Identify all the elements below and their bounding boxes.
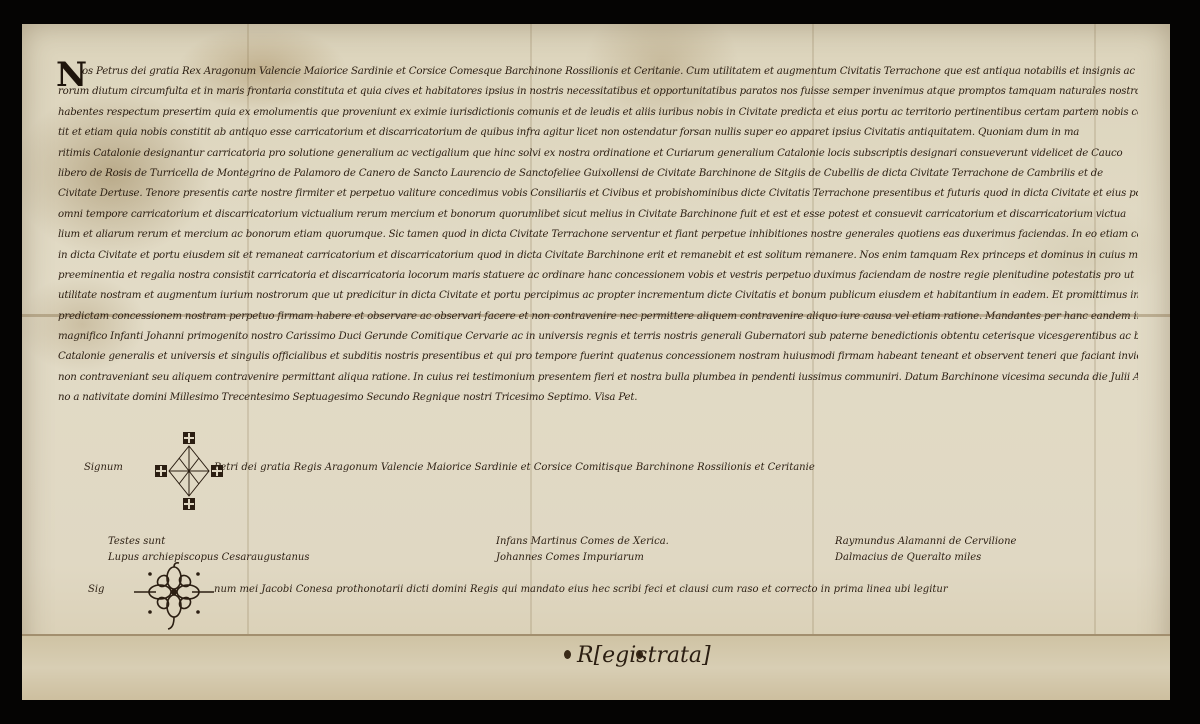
text-line: utilitate nostram et augmentum iurium no… [58,286,1138,306]
witness-name: Infans Martinus Comes de Xerica. [496,534,669,550]
notary-sign-icon [134,562,214,632]
registration-mark: R[egistrata] [577,643,711,668]
text-line: magnifico Infanti Johanni primogenito no… [58,327,1138,347]
text-line: non contraveniant seu aliquem contraveni… [58,368,1138,388]
witness-heading: Testes sunt [108,534,309,550]
text-line: rorum diutum circumfulta et in maris fro… [58,82,1138,102]
text-line: Civitate Dertuse. Tenore presentis carte… [58,184,1138,204]
seal-cord-hole [564,650,571,659]
witness-column-3: Raymundus Alamanni de Cervilione Dalmaci… [835,534,1016,566]
signum-label: Signum [84,462,123,473]
notary-text: num mei Jacobi Conesa prothonotarii dict… [214,584,948,595]
text-line: predictam concessionem nostram perpetuo … [58,307,1138,327]
witness-name: Dalmacius de Queralto miles [835,550,1016,566]
signum-text: Petri dei gratia Regis Aragonum Valencie… [214,462,815,473]
text-line: tit et etiam quia nobis constitit ab ant… [58,123,1138,143]
text-line: Catalonie generalis et universis et sing… [58,347,1138,367]
text-line: preeminentia et regalia nostra consistit… [58,266,1138,286]
notary-prefix: Sig [88,584,104,595]
text-line: habentes respectum presertim quia ex emo… [58,103,1138,123]
text-line: os Petrus dei gratia Rex Aragonum Valenc… [58,62,1138,82]
witness-name: Raymundus Alamanni de Cervilione [835,534,1016,550]
witness-name: Johannes Comes Impuriarum [496,550,669,566]
text-line: in dicta Civitate et portu eiusdem sit e… [58,246,1138,266]
charter-body-text: os Petrus dei gratia Rex Aragonum Valenc… [58,62,1138,409]
text-line: lium et aliarum rerum et mercium ac bono… [58,225,1138,245]
text-line: omni tempore carricatorium et discarrica… [58,205,1138,225]
text-line: no a nativitate domini Millesimo Trecent… [58,388,1138,408]
witness-column-2: Infans Martinus Comes de Xerica. Johanne… [496,534,669,566]
text-line: libero de Rosis de Turricella de Montegr… [58,164,1138,184]
text-line: ritimis Catalonie designantur carricator… [58,144,1138,164]
